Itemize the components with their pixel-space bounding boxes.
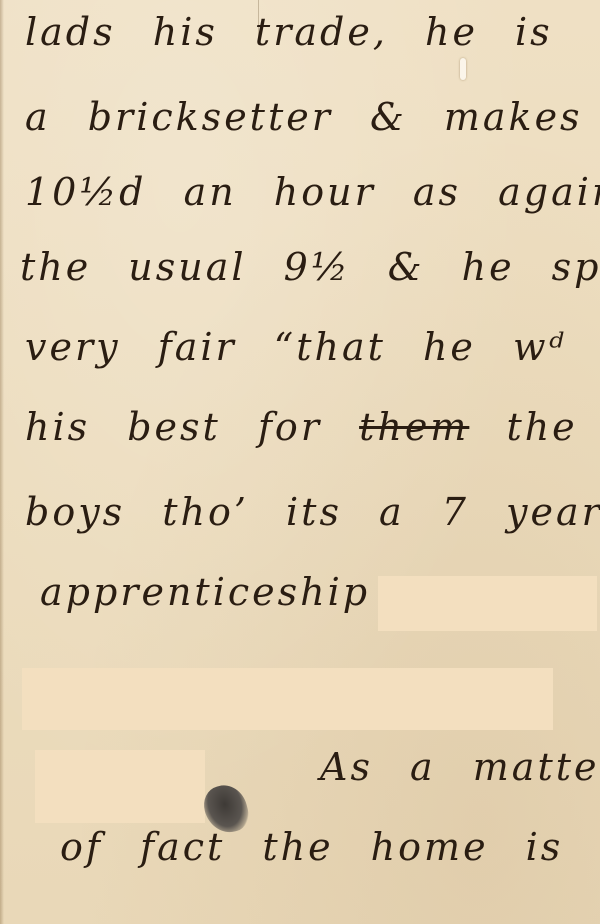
handwritten-line-10: of fact the home is xyxy=(60,825,600,885)
struck-word: them xyxy=(359,405,469,449)
line-6-text: his best for xyxy=(25,405,322,449)
line-6-after: the xyxy=(506,405,577,449)
handwritten-line-6: his best for them the xyxy=(25,405,600,465)
handwritten-line-4: the usual 9½ & he spoke xyxy=(20,245,600,305)
handwritten-line-2: a bricksetter & makes xyxy=(25,95,600,155)
handwritten-line-7: boys tho’ its a 7 years xyxy=(25,490,600,550)
handwritten-line-1: lads his trade, he is xyxy=(25,10,600,70)
handwritten-line-5: very fair “that he wᵈ do xyxy=(25,325,600,385)
redaction-box-1 xyxy=(378,576,597,631)
paper-edge xyxy=(0,0,4,924)
redaction-box-3 xyxy=(35,750,205,823)
letter-page: lads his trade, he is a bricksetter & ma… xyxy=(0,0,600,924)
handwritten-line-3: 10½d an hour as against xyxy=(25,170,600,230)
handwritten-line-9: As a matter xyxy=(320,745,600,805)
redaction-box-2 xyxy=(22,668,553,730)
